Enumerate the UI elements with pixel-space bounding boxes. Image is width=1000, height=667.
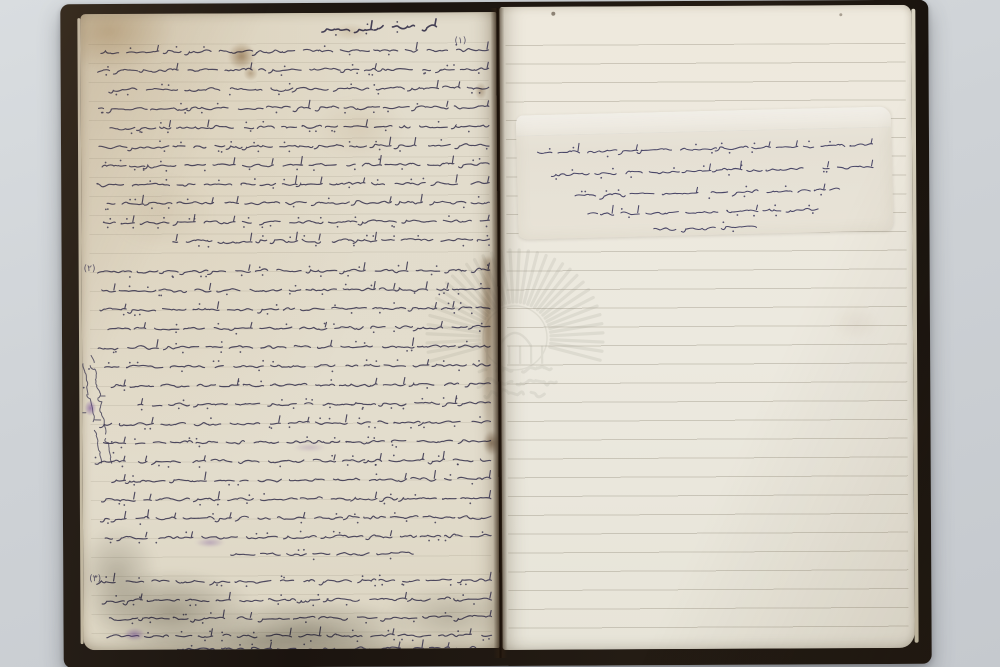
stain [89, 569, 254, 650]
stain [80, 526, 157, 626]
left-page: (١) (٢) (٣) [80, 12, 499, 650]
stain [140, 624, 410, 650]
stain [243, 65, 259, 81]
photograph-of-open-manuscript: (١) (٢) (٣) [0, 0, 1000, 667]
purple-ink-smudge [293, 443, 327, 452]
purple-ink-smudge [195, 537, 225, 547]
margin-annotation [80, 344, 119, 479]
stain [551, 12, 555, 16]
stain [475, 82, 487, 100]
stain [80, 14, 175, 72]
page-ruling [88, 42, 491, 640]
tape-glare [516, 106, 891, 136]
library-stamp-watermark [499, 247, 605, 428]
stain [201, 598, 411, 650]
manuscript-book: (١) (٢) (٣) [60, 0, 931, 667]
paragraph-marker: (٢) [84, 264, 96, 274]
stain [226, 41, 256, 71]
right-page [499, 5, 914, 650]
stain [330, 23, 370, 41]
purple-ink-smudge [124, 628, 146, 641]
stain [105, 173, 215, 250]
stain [839, 13, 842, 16]
stain [831, 305, 881, 341]
library-stamp-watermark [425, 247, 500, 428]
paragraph-marker: (٣) [89, 574, 101, 584]
purple-ink-smudge [84, 400, 96, 416]
pasted-slip [516, 106, 894, 239]
stain [313, 96, 408, 160]
paragraph-marker: (١) [454, 36, 466, 46]
stain [383, 584, 499, 649]
handwritten-text-block [80, 12, 499, 650]
